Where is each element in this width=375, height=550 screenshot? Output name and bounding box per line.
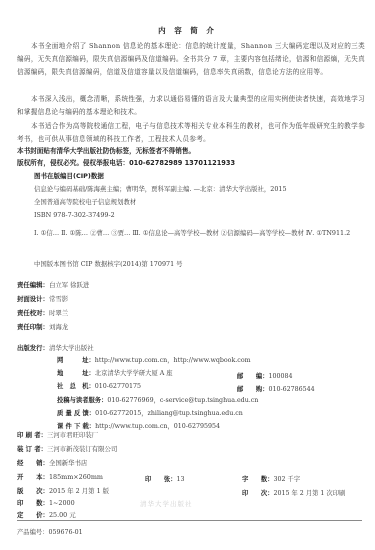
faded-stamp: 清华大学出版社	[140, 499, 193, 508]
product-code: 产品编号：059676-01	[17, 527, 83, 536]
edition-row: 版 次：2015 年 2 月第 1 版	[17, 485, 109, 497]
publisher-address: 地 址：北京清华大学学研大厦 A 座	[57, 368, 173, 380]
print-run-row: 印 数：1~2000	[17, 497, 75, 509]
copyright-page: 内 容 简 介 本书全面地介绍了 Shannon 信息论的基本理论：信息的统计度…	[0, 0, 375, 550]
staff-printing-manager: 责任印制：刘海龙	[17, 321, 68, 333]
binder-row: 装 订 者：三河市新茂装订有限公司	[17, 443, 117, 455]
cip-line-isbn: ISBN 978-7-302-37499-2	[34, 209, 115, 221]
publisher-website: 网 址：http://www.tup.com.cn，http://www.wqb…	[57, 355, 251, 367]
publisher-service: 投稿与读者服务：010-62776969，c-service@tup.tsing…	[57, 395, 258, 407]
summary-title: 内 容 简 介	[0, 25, 375, 36]
cip-line-title: 信息论与编码基础/陈海燕主编；曹明华，贾科军副主编. —北京：清华大学出版社，2…	[34, 183, 287, 195]
staff-cover-design: 封面设计：常雪影	[17, 293, 68, 305]
publisher-switchboard: 社 总 机：010-62770175	[57, 381, 141, 393]
cip-line-series: 全国普通高等院校电子信息规划教材	[34, 196, 136, 208]
cip-classification: Ⅰ. ①信… Ⅱ. ①陈… ②曹… ③贾… Ⅲ. ①信息论—高等学校—教材 ②信…	[17, 226, 362, 240]
publisher-postcode: 邮 编：100084	[237, 371, 293, 380]
anti-piracy-notice: 本书封面贴有清华大学出版社防伪标签，无标签者不得销售。	[17, 145, 367, 157]
printing-field: 印 次：2015 年 2 月第 1 次印刷	[242, 488, 345, 497]
staff-editor: 责任编辑：白立军 徐跃进	[17, 279, 89, 291]
divider-rule	[17, 520, 362, 521]
cip-heading: 图书在版编目(CIP)数据	[34, 171, 104, 180]
distributor-row: 经 销：全国新华书店	[17, 457, 87, 469]
staff-proofreader: 责任校对：时翠兰	[17, 307, 68, 319]
format-row: 开 本：185mm×260mm	[17, 471, 103, 483]
words-field: 字 数：302 千字	[242, 474, 300, 483]
cip-record: 中国版本图书馆 CIP 数据核字(2014)第 170971 号	[34, 258, 183, 270]
publisher-mail-order: 邮 购：010-62786544	[237, 384, 315, 393]
copyright-notice: 版权所有，侵权必究。侵权举报电话：010-62782989 1370112193…	[17, 157, 367, 169]
publisher-row: 出版发行：清华大学出版社	[17, 342, 94, 354]
summary-paragraph-1: 本书全面地介绍了 Shannon 信息论的基本理论：信息的统计度量，Shanno…	[17, 40, 365, 79]
summary-paragraph-3: 本书适合作为高等院校通信工程，电子与信息技术等相关专业本科生的教材，也可作为低年…	[17, 120, 365, 146]
printer-row: 印 刷 者：三河市君旺印装厂	[17, 429, 98, 441]
summary-paragraph-2: 本书深入浅出，概念清晰，系统性强，力求以通俗易懂的语言及大量典型的应用实例使读者…	[17, 93, 365, 119]
sheets-field: 印 张：13	[145, 474, 185, 483]
publisher-feedback: 质 量 反 馈：010-62772015，zhiliang@tup.tsingh…	[57, 408, 243, 420]
